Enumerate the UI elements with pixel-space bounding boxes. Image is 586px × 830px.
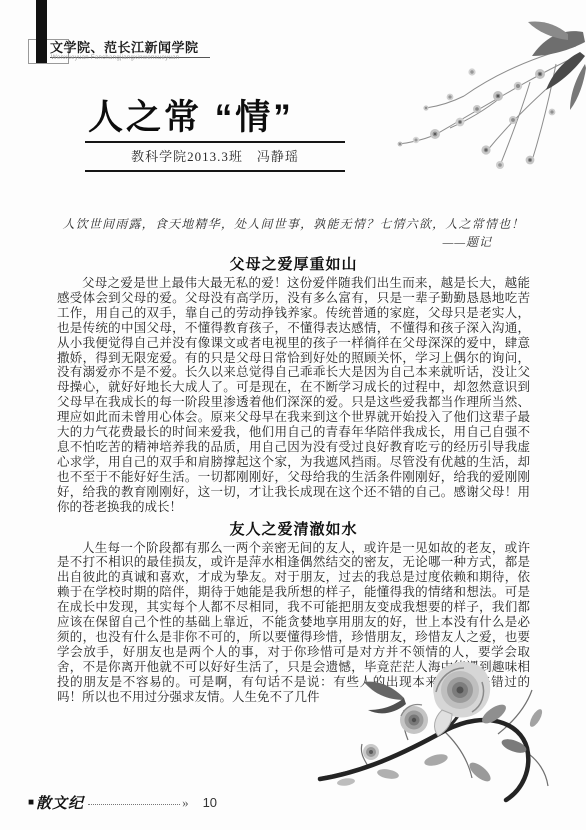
rose-medium — [400, 704, 428, 734]
blossoms — [398, 68, 556, 169]
plum-blossom-ink-art — [380, 2, 586, 188]
byline: 教科学院2013.3班 冯静瑶 — [131, 149, 299, 164]
rose-bud — [363, 744, 379, 760]
rose-branch-ink-art — [308, 652, 558, 812]
section-paragraph-parents: 父母之爱是世上最伟大最无私的爱！这份爱伴随我们出生而来，越是长大，越能感受体会到… — [57, 276, 530, 515]
epigraph: 人饮世间雨露，食天地精华，处人间世事，孰能无情？七情六欲，人之常情也！ — [57, 215, 530, 232]
magazine-page: 文学院、范长江新闻学院 Wenxueyuan Fanchangjiangxinw… — [0, 0, 586, 830]
epigraph-attribution: ——题记 — [57, 233, 530, 250]
masthead-black-bar — [36, 0, 47, 63]
footer-dotted-leader — [88, 804, 180, 805]
footer-arrow-icon: » — [182, 795, 189, 811]
section-heading-parents: 父母之爱厚重如山 — [57, 253, 530, 274]
magazine-section-name: 散文纪 — [36, 792, 84, 813]
page-footer: ■ 散文纪 » 10 — [28, 792, 217, 813]
section-heading-friends: 友人之爱清澈如水 — [57, 518, 530, 539]
article-body: 人饮世间雨露，食天地精华，处人间世事，孰能无情？七情六欲，人之常情也！ ——题记… — [57, 215, 530, 704]
byline-box: 教科学院2013.3班 冯静瑶 — [85, 141, 345, 172]
department-romanization: Wenxueyuan Fanchangjiangxinwenxueyuan — [51, 55, 179, 61]
footer-square-icon: ■ — [28, 797, 34, 808]
page-number: 10 — [203, 795, 217, 810]
article-title: 人之常 “情” — [88, 90, 294, 140]
